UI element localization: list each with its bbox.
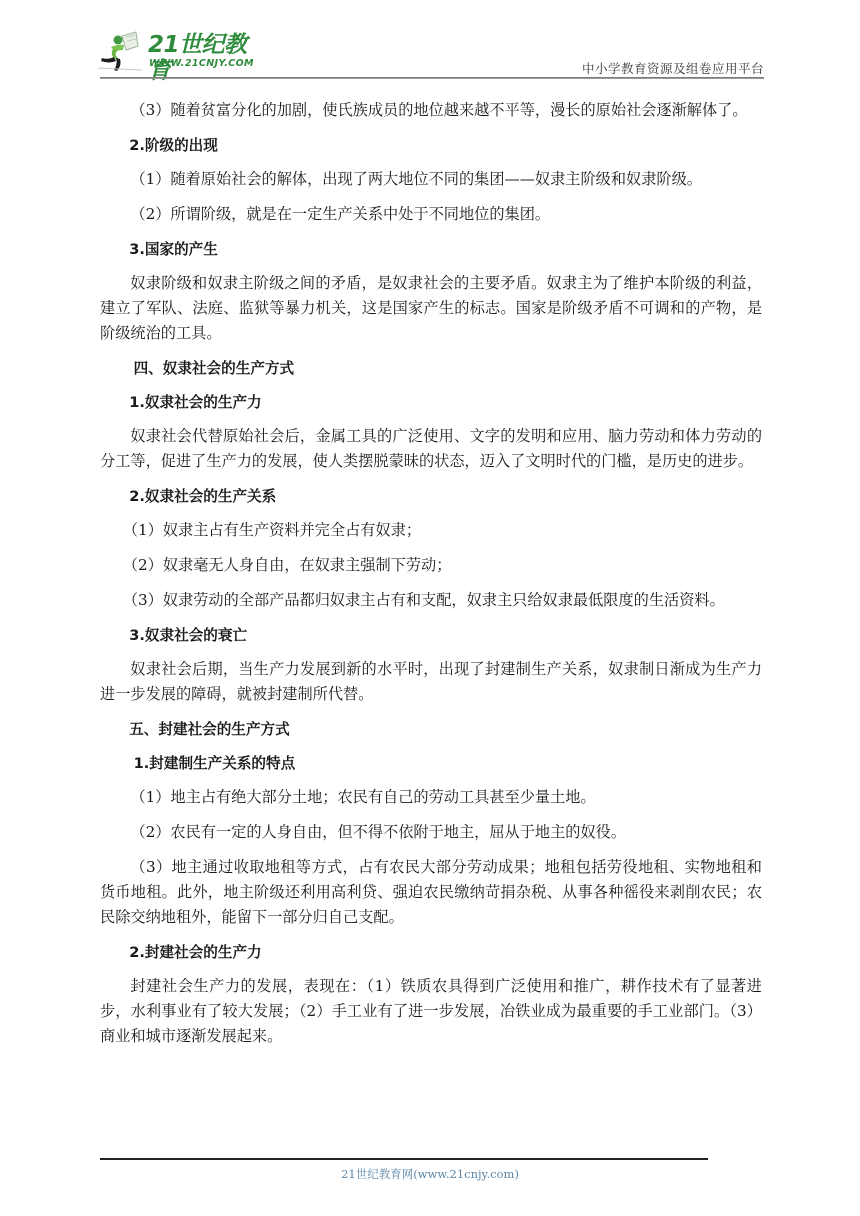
platform-name: 中小学教育资源及组卷应用平台 [582,59,764,77]
paragraph: （2）所谓阶级，就是在一定生产关系中处于不同地位的集团。 [100,202,762,227]
document-body: （3）随着贫富分化的加剧，使氏族成员的地位越来越不平等，漫长的原始社会逐渐解体了… [100,98,762,1059]
paragraph: （1）地主占有绝大部分土地；农民有自己的劳动工具甚至少量土地。 [100,785,762,810]
section-heading: 2.奴隶社会的生产关系 [100,484,762,509]
footer-link[interactable]: 21世纪教育网(www.21cnjy.com) [0,1166,860,1182]
paragraph: 封建社会生产力的发展，表现在：（1）铁质农具得到广泛使用和推广，耕作技术有了显著… [100,974,762,1049]
header-divider [100,77,764,79]
paragraph: （3）奴隶劳动的全部产品都归奴隶主占有和支配，奴隶主只给奴隶最低限度的生活资料。 [100,588,762,613]
paragraph: 奴隶阶级和奴隶主阶级之间的矛盾，是奴隶社会的主要矛盾。奴隶主为了维护本阶级的利益… [100,271,762,346]
footer-divider [100,1158,708,1160]
paragraph: （2）奴隶毫无人身自由，在奴隶主强制下劳动； [100,553,762,578]
paragraph: 奴隶社会后期，当生产力发展到新的水平时，出现了封建制生产关系，奴隶制日渐成为生产… [100,657,762,707]
running-person-with-book-icon [96,30,144,74]
page-header: 21世纪教育 WWW.21CNJY.COM 中小学教育资源及组卷应用平台 [0,0,860,80]
paragraph: （3）随着贫富分化的加剧，使氏族成员的地位越来越不平等，漫长的原始社会逐渐解体了… [100,98,762,123]
section-heading: 2.阶级的出现 [100,133,762,158]
logo[interactable]: 21世纪教育 WWW.21CNJY.COM [96,30,266,74]
paragraph: （1）奴隶主占有生产资料并完全占有奴隶； [100,518,762,543]
chapter-heading: 四、奴隶社会的生产方式 [100,356,762,381]
paragraph: （3）地主通过收取地租等方式，占有农民大部分劳动成果；地租包括劳役地租、实物地租… [100,855,762,930]
section-heading: 2.封建社会的生产力 [100,940,762,965]
chapter-heading: 五、封建社会的生产方式 [100,717,762,742]
paragraph: （2）农民有一定的人身自由，但不得不依附于地主，屈从于地主的奴役。 [100,820,762,845]
section-heading: 3.国家的产生 [100,237,762,262]
section-heading: 3.奴隶社会的衰亡 [100,623,762,648]
paragraph: 奴隶社会代替原始社会后，金属工具的广泛使用、文字的发明和应用、脑力劳动和体力劳动… [100,424,762,474]
section-heading: 1.封建制生产关系的特点 [100,751,762,776]
section-heading: 1.奴隶社会的生产力 [100,390,762,415]
logo-url: WWW.21CNJY.COM [149,58,254,70]
paragraph: （1）随着原始社会的解体，出现了两大地位不同的集团——奴隶主阶级和奴隶阶级。 [100,167,762,192]
